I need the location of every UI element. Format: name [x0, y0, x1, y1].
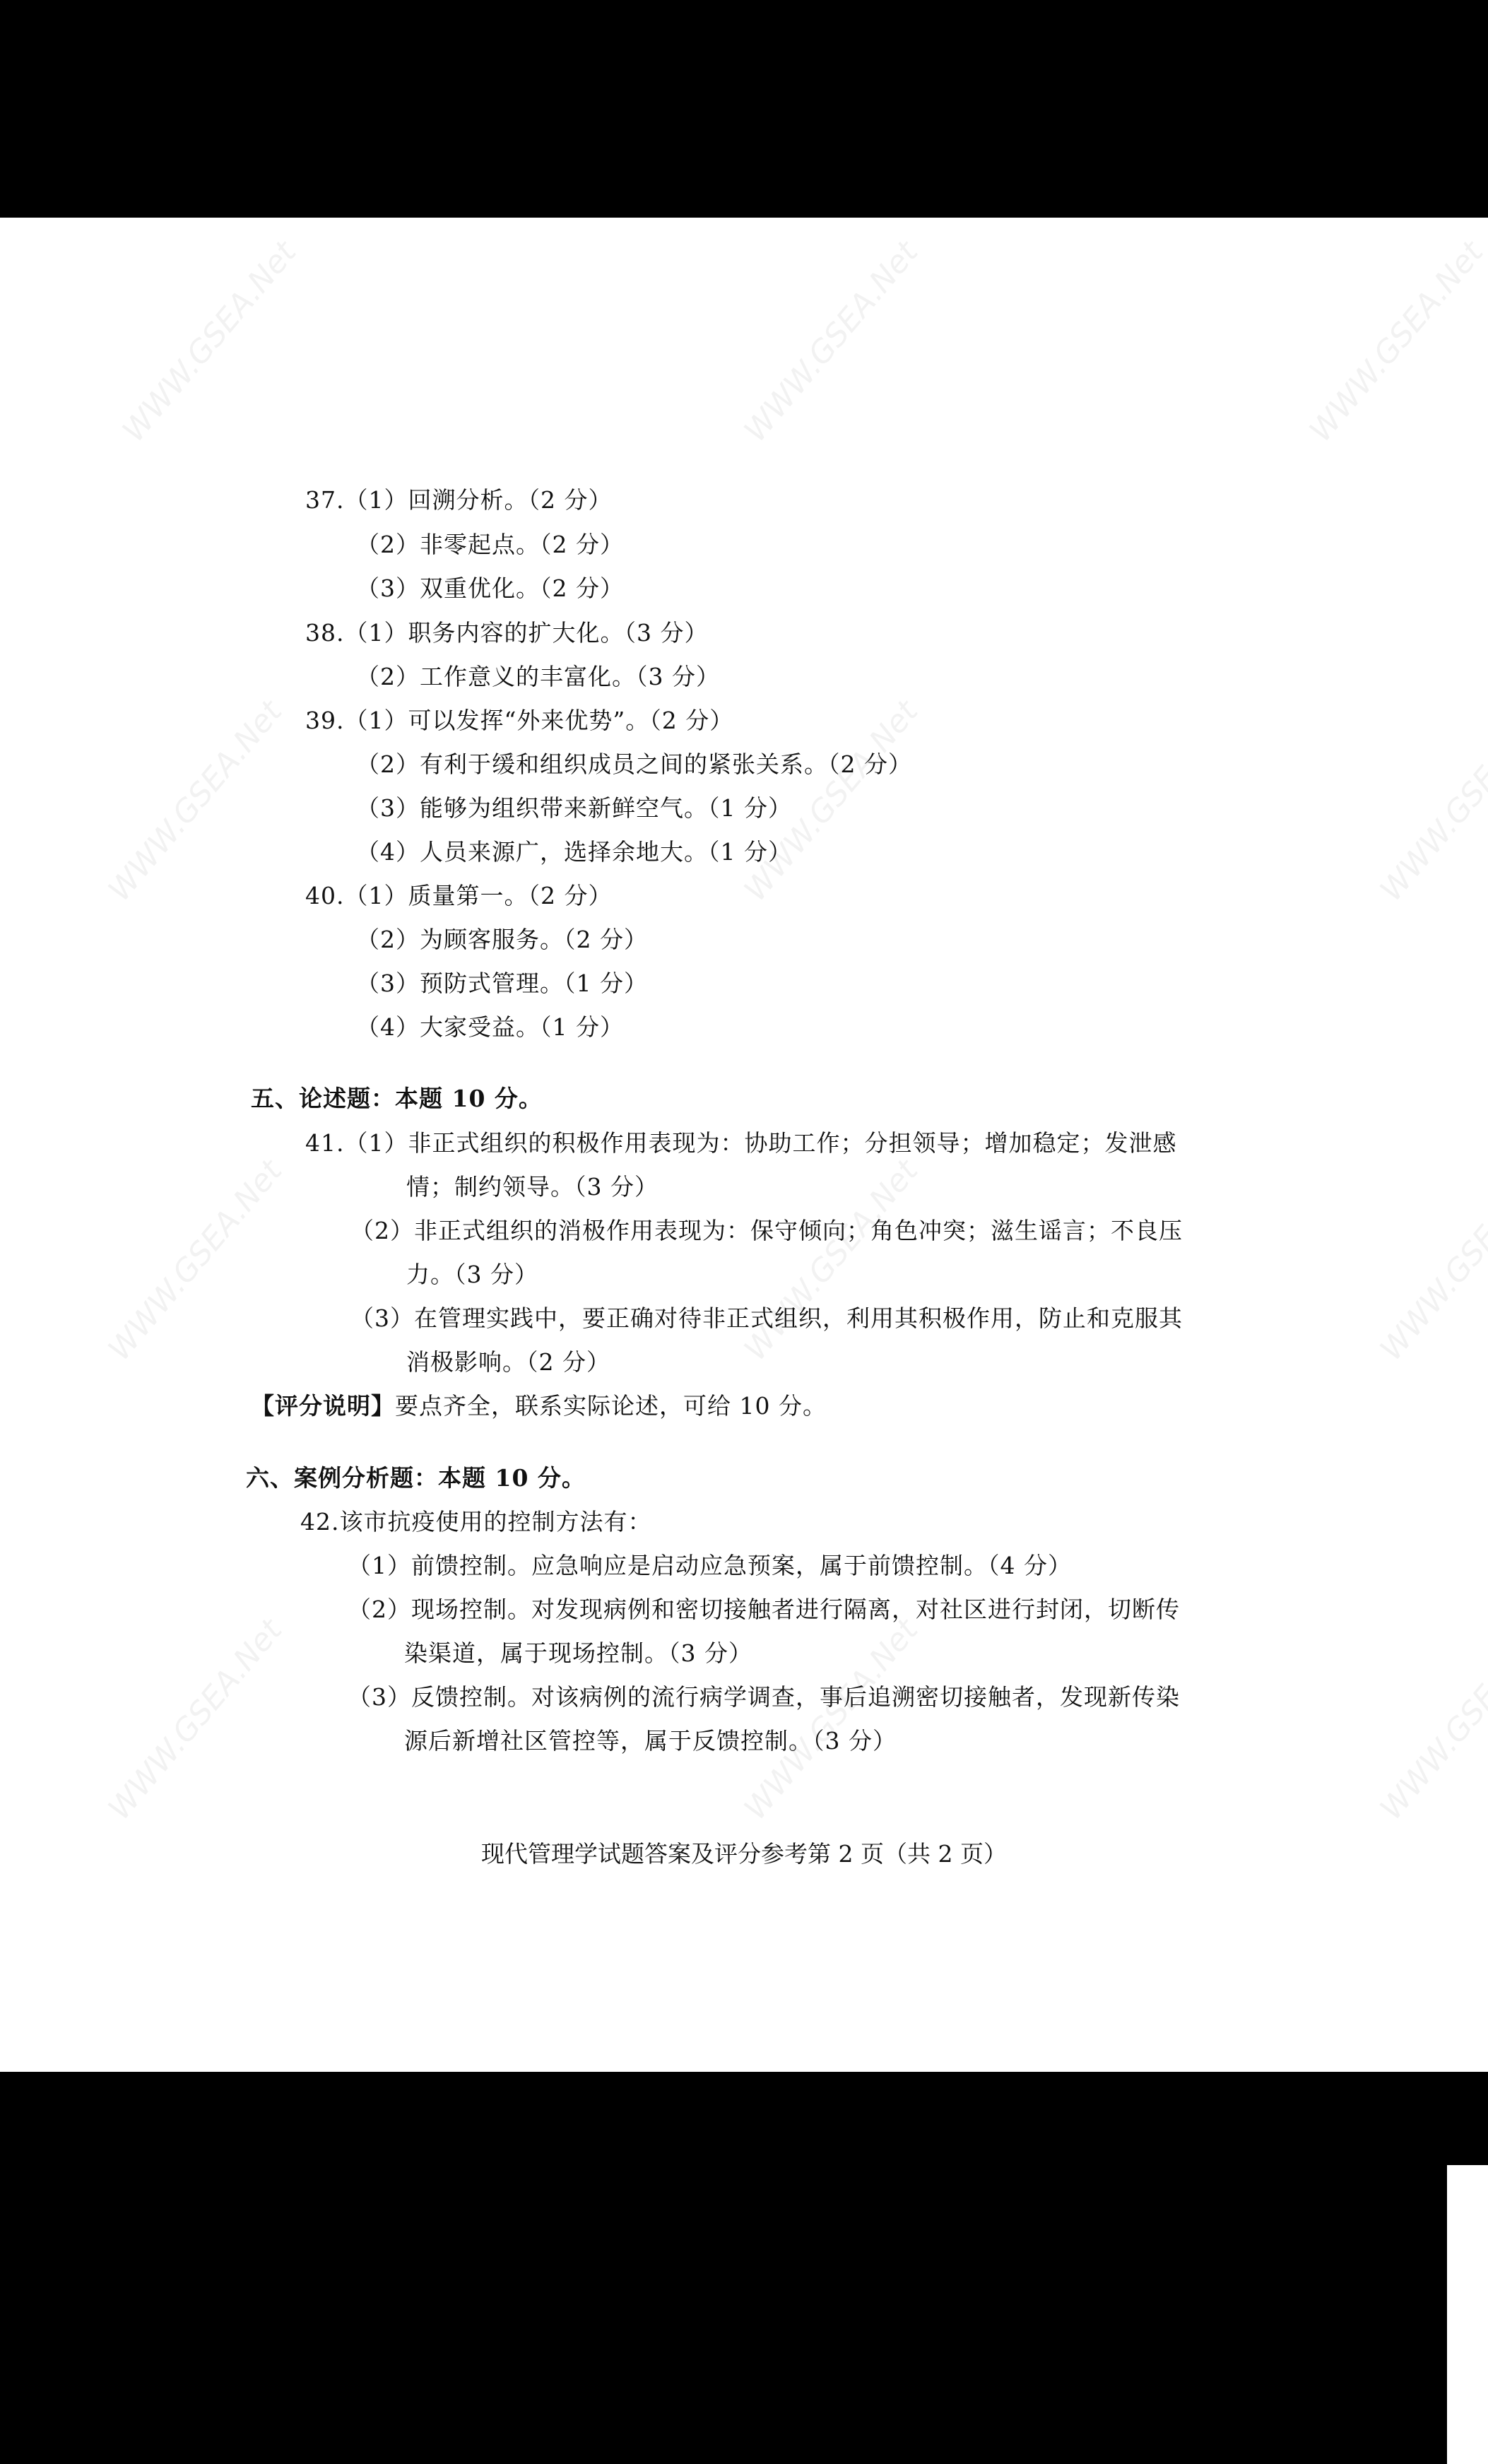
section-score: 本题 10 分。 [395, 1085, 543, 1112]
watermark: WWW.GSEA.Net [115, 235, 303, 449]
item-marker: （2） [348, 1596, 411, 1623]
page-footer: 现代管理学试题答案及评分参考第 2 页（共 2 页） [0, 1836, 1488, 1869]
watermark: WWW.GSEA.Net [101, 694, 289, 908]
watermark: WWW.GSEA.Net [1373, 1153, 1488, 1367]
scanned-page: WWW.GSEA.Net WWW.GSEA.Net WWW.GSEA.Net W… [0, 218, 1488, 2072]
scoring-note: 【评分说明】要点齐全，联系实际论述，可给 10 分。 [251, 1392, 827, 1420]
item-marker: （3） [350, 1304, 414, 1332]
top-black-band [0, 0, 1488, 218]
question-number: 37. [305, 486, 344, 514]
scoring-note-text: 要点齐全，联系实际论述，可给 10 分。 [395, 1392, 827, 1420]
q42-line-3b: 源后新增社区管控等，属于反馈控制。（3 分） [404, 1727, 897, 1755]
section-label: 五、论述题： [251, 1085, 395, 1112]
question-number: 40. [305, 882, 344, 909]
section-score: 本题 10 分。 [438, 1464, 586, 1492]
answer-item: （1）质量第一。（2 分） [344, 882, 612, 909]
answer-item: （1）职务内容的扩大化。（3 分） [344, 619, 708, 647]
question-intro: 该市抗疫使用的控制方法有： [339, 1508, 651, 1535]
right-edge-white-strip [1447, 2165, 1488, 2464]
item-marker: （2） [350, 1217, 414, 1244]
answer-text: 在管理实践中，要正确对待非正式组织，利用其积极作用，防止和克服其 [414, 1304, 1183, 1332]
answer-item: （1）回溯分析。（2 分） [344, 486, 612, 514]
watermark: WWW.GSEA.Net [101, 1613, 289, 1827]
bottom-black-band [0, 2072, 1488, 2464]
q37-line-2: （2）非零起点。（2 分） [356, 531, 624, 559]
item-marker: （3） [348, 1683, 411, 1711]
q41-line-1: 41.（1）非正式组织的积极作用表现为：协助工作；分担领导；增加稳定；发泄感 [305, 1129, 1176, 1157]
question-number: 42. [300, 1508, 339, 1535]
watermark: WWW.GSEA.Net [101, 1153, 289, 1367]
q40-line-1: 40.（1）质量第一。（2 分） [305, 882, 612, 910]
watermark: WWW.GSEA.Net [1373, 694, 1488, 908]
q38-line-1: 38.（1）职务内容的扩大化。（3 分） [305, 619, 708, 647]
watermark: WWW.GSEA.Net [1302, 235, 1488, 449]
scoring-note-label: 【评分说明】 [251, 1392, 395, 1420]
answer-text: 非正式组织的积极作用表现为：协助工作；分担领导；增加稳定；发泄感 [408, 1129, 1176, 1157]
question-number: 39. [305, 707, 344, 734]
q40-line-3: （3）预防式管理。（1 分） [356, 969, 648, 998]
section-5-heading: 五、论述题：本题 10 分。 [251, 1085, 543, 1113]
q38-line-2: （2）工作意义的丰富化。（3 分） [356, 663, 720, 691]
question-number: 38. [305, 619, 344, 647]
watermark: WWW.GSEA.Net [737, 1613, 925, 1827]
answer-item: （1）可以发挥“外来优势”。（2 分） [344, 707, 733, 734]
answer-text: 非正式组织的消极作用表现为：保守倾向；角色冲突；滋生谣言；不良压 [414, 1217, 1183, 1244]
q39-line-2: （2）有利于缓和组织成员之间的紧张关系。（2 分） [356, 750, 912, 779]
watermark: WWW.GSEA.Net [737, 1153, 925, 1367]
q40-line-4: （4）大家受益。（1 分） [356, 1013, 624, 1042]
q39-line-3: （3）能够为组织带来新鲜空气。（1 分） [356, 794, 792, 823]
q42-line-3: （3）反馈控制。对该病例的流行病学调查，事后追溯密切接触者，发现新传染 [348, 1683, 1180, 1711]
answer-text: 前馈控制。应急响应是启动应急预案，属于前馈控制。（4 分） [411, 1552, 1072, 1579]
q41-line-3: （3）在管理实践中，要正确对待非正式组织，利用其积极作用，防止和克服其 [350, 1304, 1183, 1333]
q37-line-1: 37.（1）回溯分析。（2 分） [305, 486, 612, 514]
q39-line-1: 39.（1）可以发挥“外来优势”。（2 分） [305, 707, 733, 735]
q42-line-2: （2）现场控制。对发现病例和密切接触者进行隔离，对社区进行封闭，切断传 [348, 1596, 1180, 1624]
q42-intro: 42.该市抗疫使用的控制方法有： [300, 1508, 651, 1536]
answer-text: 现场控制。对发现病例和密切接触者进行隔离，对社区进行封闭，切断传 [411, 1596, 1180, 1623]
q41-line-2: （2）非正式组织的消极作用表现为：保守倾向；角色冲突；滋生谣言；不良压 [350, 1217, 1183, 1245]
q40-line-2: （2）为顾客服务。（2 分） [356, 926, 648, 954]
item-marker: （1） [348, 1552, 411, 1579]
q42-line-2b: 染渠道，属于现场控制。（3 分） [404, 1639, 752, 1668]
q42-line-1: （1）前馈控制。应急响应是启动应急预案，属于前馈控制。（4 分） [348, 1552, 1072, 1580]
answer-text: 反馈控制。对该病例的流行病学调查，事后追溯密切接触者，发现新传染 [411, 1683, 1180, 1711]
q41-line-3b: 消极影响。（2 分） [406, 1348, 610, 1377]
q41-line-1b: 情；制约领导。（3 分） [406, 1173, 659, 1201]
q41-line-2b: 力。（3 分） [406, 1261, 538, 1289]
q37-line-3: （3）双重优化。（2 分） [356, 574, 624, 603]
watermark: WWW.GSEA.Net [1373, 1613, 1488, 1827]
watermark: WWW.GSEA.Net [737, 235, 925, 449]
q39-line-4: （4）人员来源广，选择余地大。（1 分） [356, 838, 792, 866]
item-marker: （1） [344, 1129, 408, 1157]
section-label: 六、案例分析题： [246, 1464, 438, 1492]
section-6-heading: 六、案例分析题：本题 10 分。 [246, 1464, 586, 1492]
question-number: 41. [305, 1129, 344, 1157]
